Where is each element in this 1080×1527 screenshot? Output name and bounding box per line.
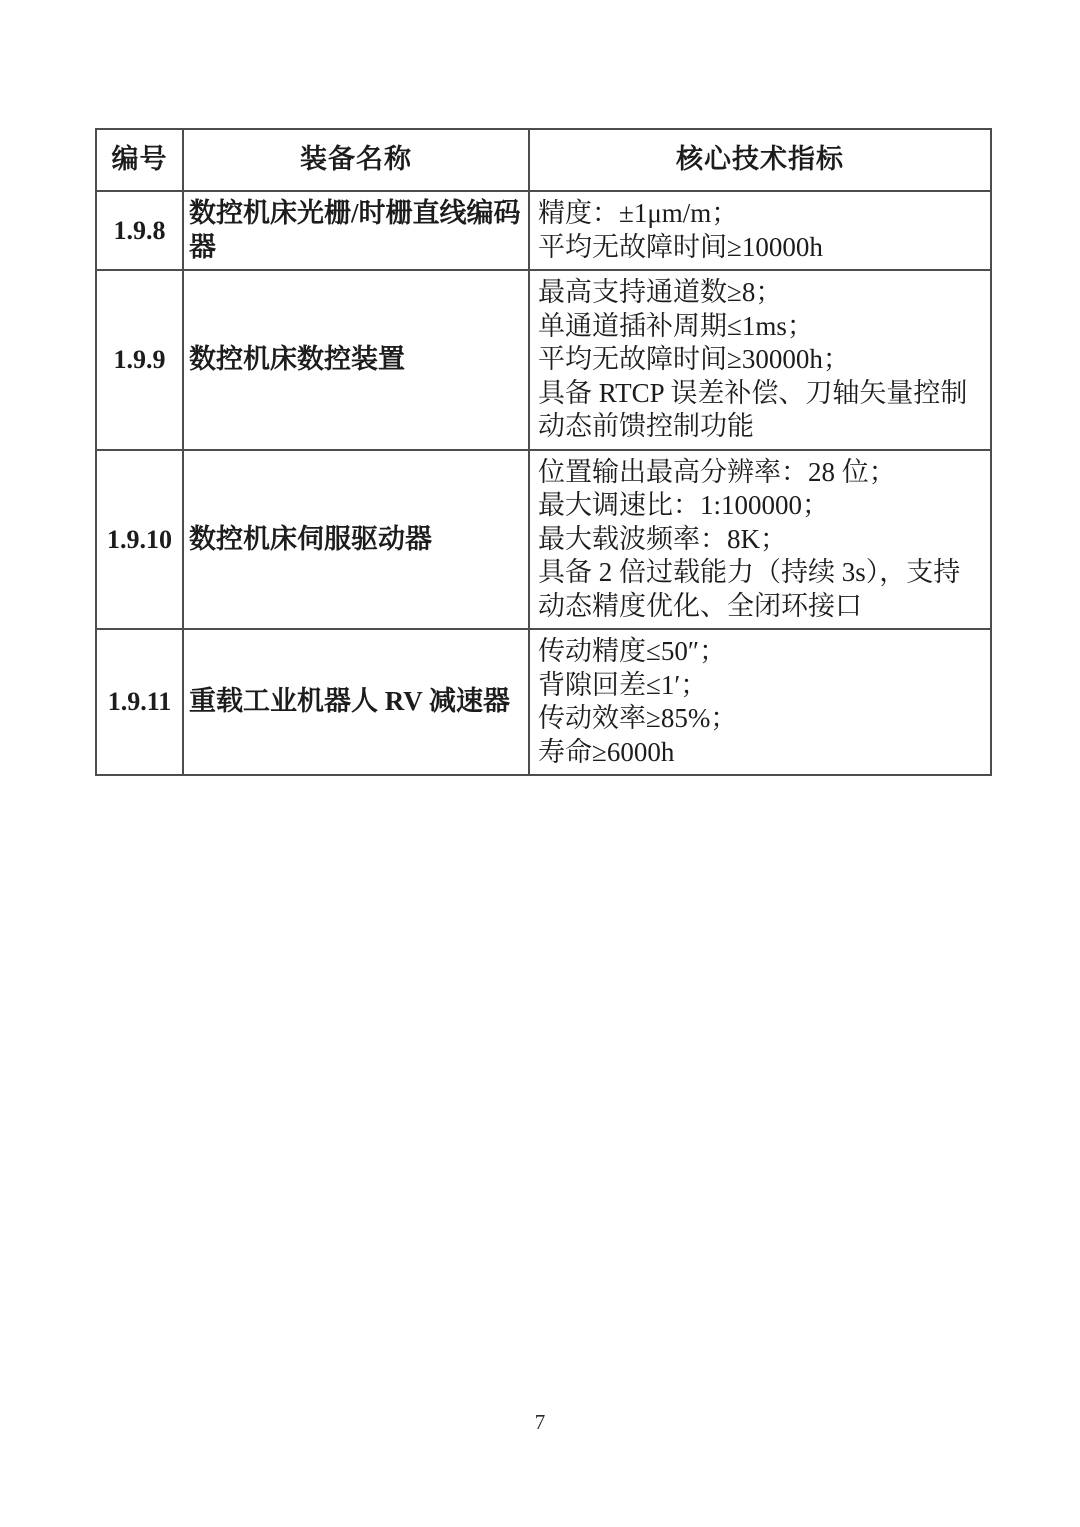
equipment-name-cell: 数控机床光栅/时栅直线编码器 (183, 191, 529, 270)
spec-line: 背隙回差≤1′； (538, 669, 986, 703)
table-row: 1.9.9 数控机床数控装置 最高支持通道数≥8； 单通道插补周期≤1ms； 平… (96, 270, 991, 450)
spec-cell: 传动精度≤50″； 背隙回差≤1′； 传动效率≥85%； 寿命≥6000h (529, 629, 991, 775)
equipment-spec-table: 编号 装备名称 核心技术指标 1.9.8 数控机床光栅/时栅直线编码器 精度：±… (95, 128, 992, 776)
table-row: 1.9.11 重载工业机器人 RV 减速器 传动精度≤50″； 背隙回差≤1′；… (96, 629, 991, 775)
spec-line: 平均无故障时间≥10000h (538, 231, 986, 265)
spec-line: 最大调速比：1:100000； (538, 489, 986, 523)
header-row: 编号 装备名称 核心技术指标 (96, 129, 991, 191)
table-row: 1.9.8 数控机床光栅/时栅直线编码器 精度：±1μm/m； 平均无故障时间≥… (96, 191, 991, 270)
page-number: 7 (0, 1410, 1080, 1435)
spec-line: 最大载波频率：8K； (538, 523, 986, 557)
row-id-cell: 1.9.9 (96, 270, 183, 450)
document-page: 编号 装备名称 核心技术指标 1.9.8 数控机床光栅/时栅直线编码器 精度：±… (0, 0, 1080, 1527)
equipment-name-cell: 重载工业机器人 RV 减速器 (183, 629, 529, 775)
spec-line: 平均无故障时间≥30000h； (538, 343, 986, 377)
spec-line: 传动精度≤50″； (538, 635, 986, 669)
row-id-cell: 1.9.11 (96, 629, 183, 775)
header-id: 编号 (96, 129, 183, 191)
spec-cell: 位置输出最高分辨率：28 位； 最大调速比：1:100000； 最大载波频率：8… (529, 450, 991, 630)
spec-cell: 最高支持通道数≥8； 单通道插补周期≤1ms； 平均无故障时间≥30000h； … (529, 270, 991, 450)
spec-line: 位置输出最高分辨率：28 位； (538, 456, 986, 490)
spec-line: 精度：±1μm/m； (538, 197, 986, 231)
spec-cell: 精度：±1μm/m； 平均无故障时间≥10000h (529, 191, 991, 270)
table-header: 编号 装备名称 核心技术指标 (96, 129, 991, 191)
row-id-cell: 1.9.8 (96, 191, 183, 270)
row-id-cell: 1.9.10 (96, 450, 183, 630)
spec-line: 单通道插补周期≤1ms； (538, 310, 986, 344)
header-name: 装备名称 (183, 129, 529, 191)
equipment-name-cell: 数控机床数控装置 (183, 270, 529, 450)
spec-line: 传动效率≥85%； (538, 702, 986, 736)
spec-line: 最高支持通道数≥8； (538, 276, 986, 310)
equipment-name-cell: 数控机床伺服驱动器 (183, 450, 529, 630)
header-spec: 核心技术指标 (529, 129, 991, 191)
spec-line: 寿命≥6000h (538, 736, 986, 770)
spec-line: 具备 RTCP 误差补偿、刀轴矢量控制动态前馈控制功能 (538, 377, 986, 444)
spec-line: 具备 2 倍过载能力（持续 3s），支持动态精度优化、全闭环接口 (538, 556, 986, 623)
table-row: 1.9.10 数控机床伺服驱动器 位置输出最高分辨率：28 位； 最大调速比：1… (96, 450, 991, 630)
